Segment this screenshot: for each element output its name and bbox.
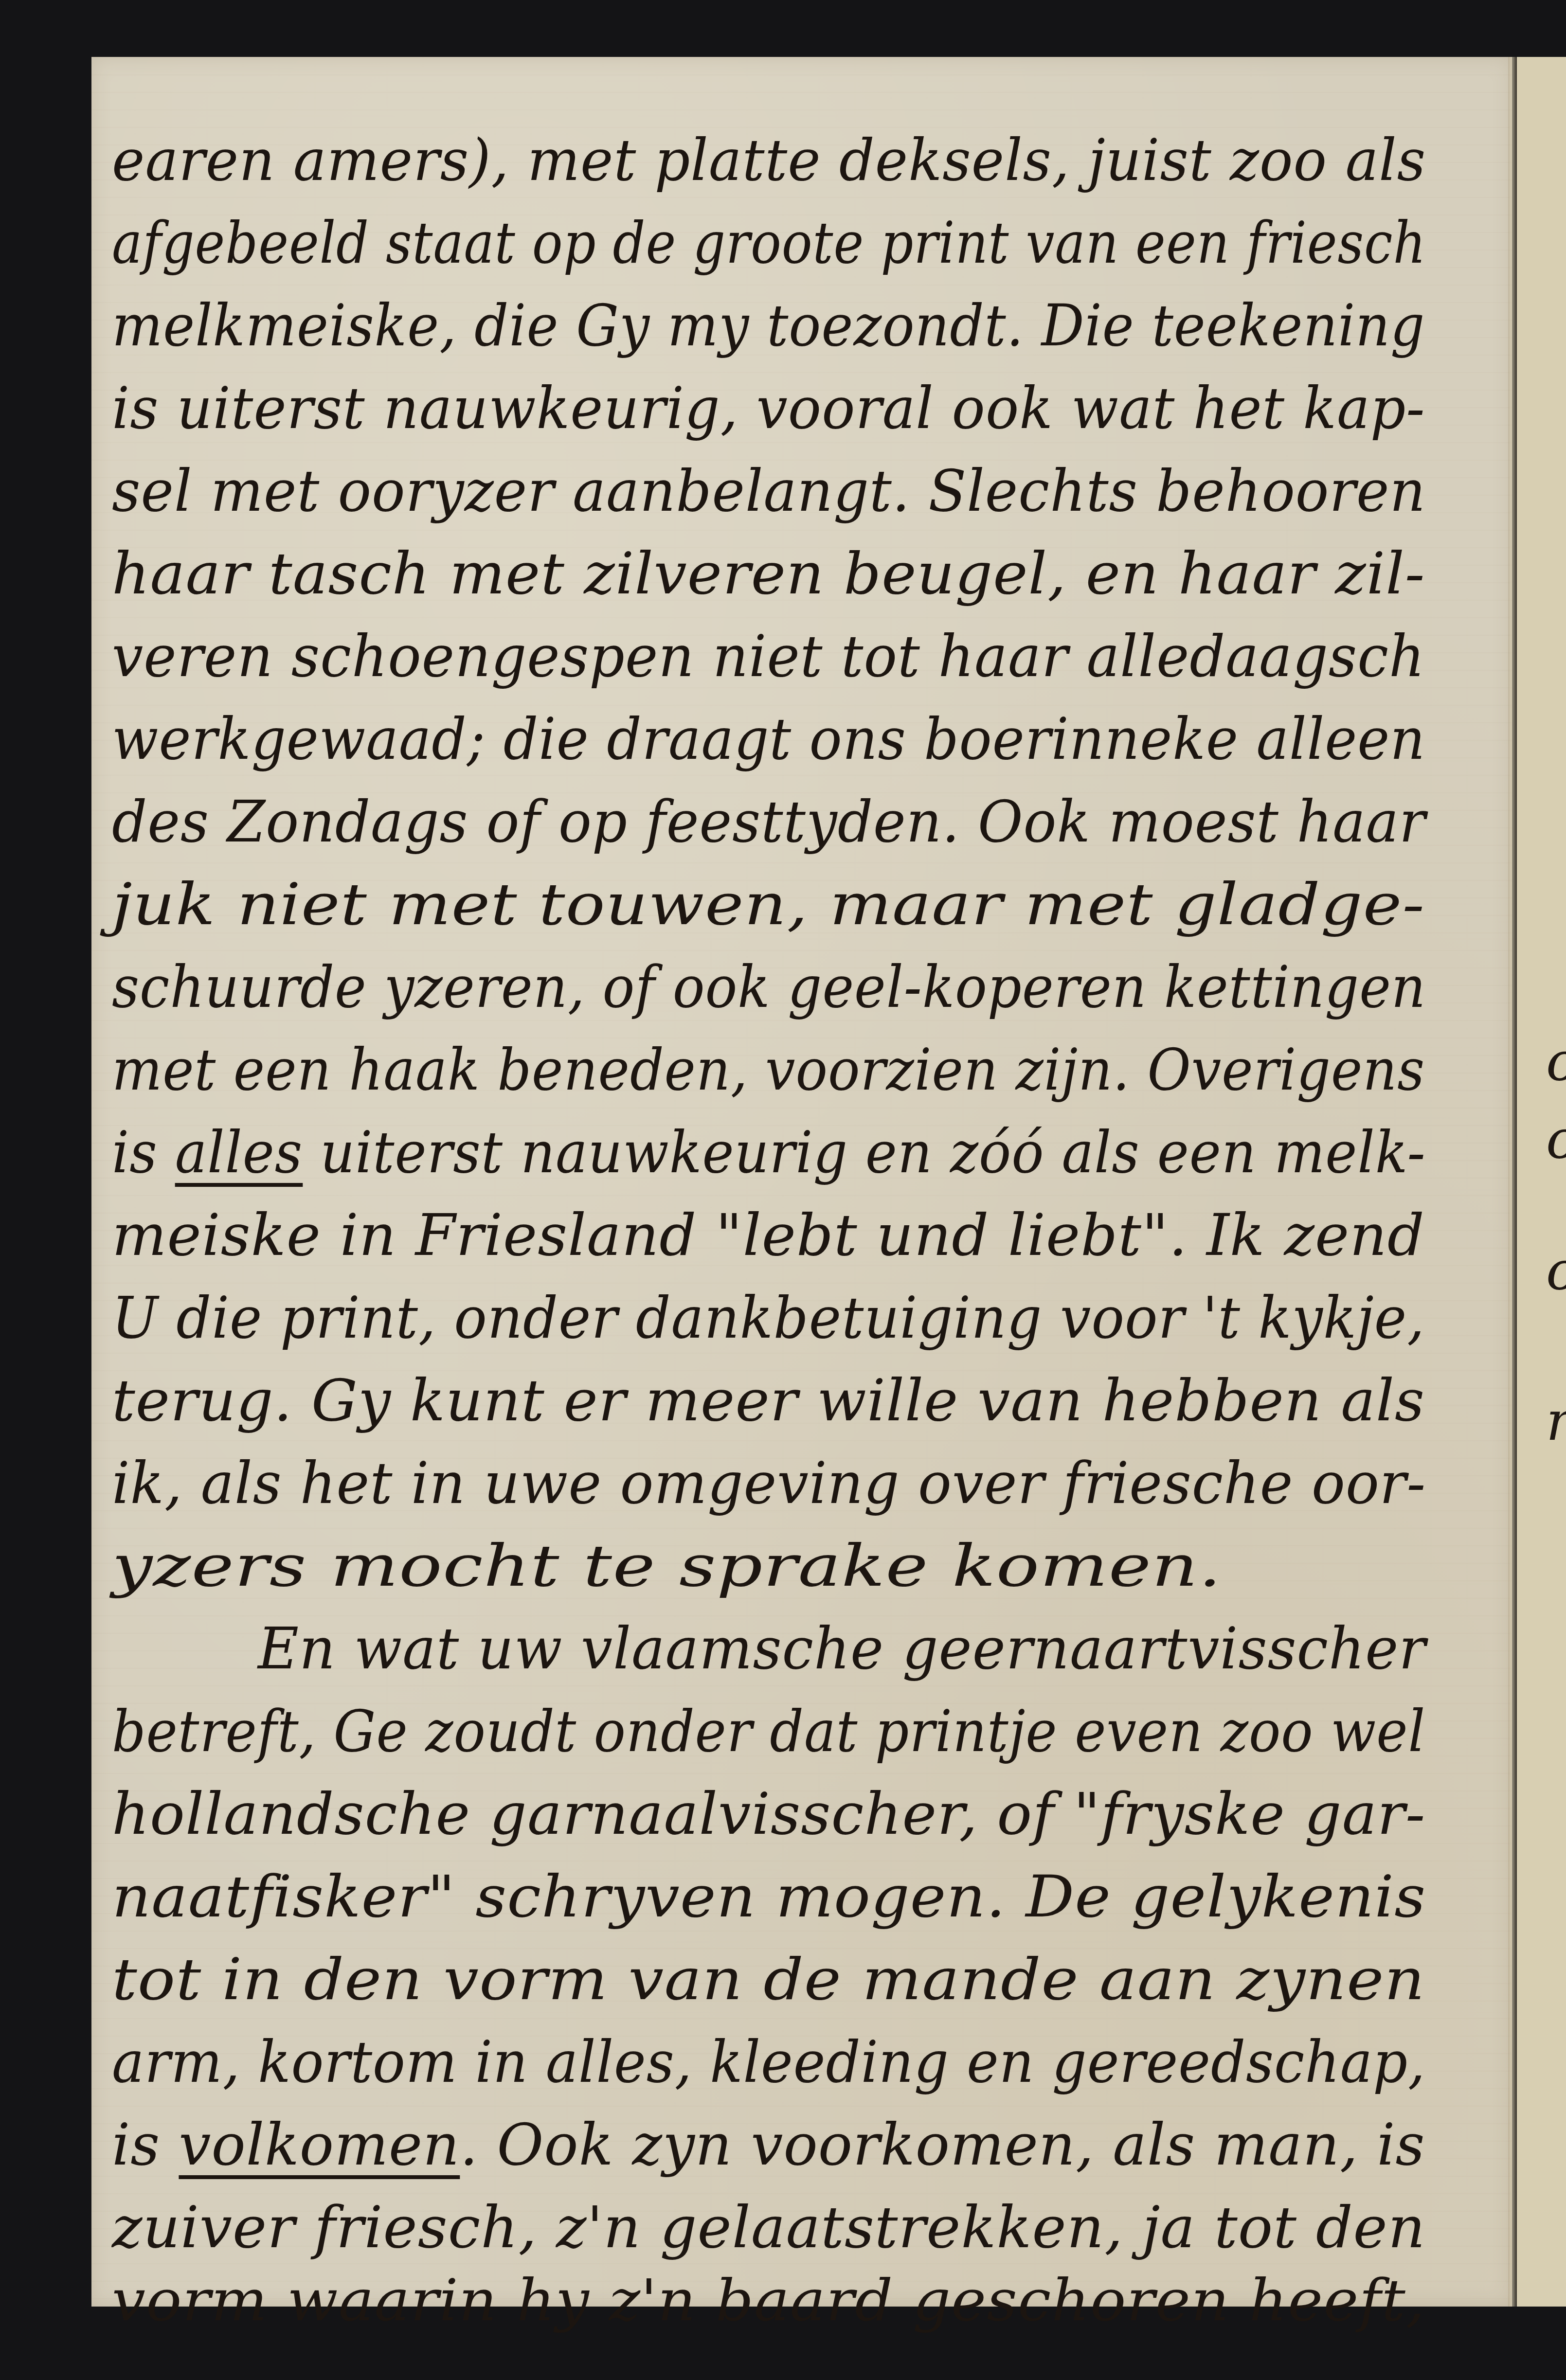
letter-line: is uiterst nauwkeurig, vooral ook wat he… (112, 379, 1425, 437)
letter-line: earen amers), met platte deksels, juist … (112, 131, 1426, 189)
adjacent-page-fragment: o (1546, 1244, 1566, 1297)
adjacent-page-edge: o o o n (1517, 57, 1566, 2307)
letter-line: naatfisker" schryven mogen. De gelykenis (112, 1868, 1426, 1925)
letter-line: vorm waarin hy z'n baard geschoren heeft… (112, 2272, 1425, 2329)
letter-line: is volkomen. Ook zyn voorkomen, als man,… (112, 2116, 1425, 2173)
letter-line: juk niet met touwen, maar met gladge- (112, 876, 1425, 933)
letter-line: met een haak beneden, voorzien zijn. Ove… (112, 1041, 1425, 1098)
letter-line: betreft, Ge zoudt onder dat printje even… (112, 1702, 1425, 1760)
letter-line: veren schoengespen niet tot haar alledaa… (112, 627, 1425, 685)
letter-line: werkgewaad; die draagt ons boerinneke al… (112, 710, 1425, 768)
letter-line: arm, kortom in alles, kleeding en gereed… (112, 2033, 1425, 2091)
letter-line: U die print, onder dankbetuiging voor 't… (112, 1289, 1425, 1346)
letter-line: des Zondags of op feesttyden. Ook moest … (112, 793, 1426, 850)
letter-line: schuurde yzeren, of ook geel-koperen ket… (112, 958, 1426, 1016)
page-fold (1508, 57, 1517, 2307)
paragraph-start-line: En wat uw vlaamsche geernaartvisscher (258, 1620, 1426, 1677)
letter-line: sel met ooryzer aanbelangt. Slechts beho… (112, 462, 1426, 519)
adjacent-page-fragment: n (1546, 1395, 1566, 1448)
adjacent-page-fragment: o (1546, 1035, 1566, 1088)
letter-line: zuiver friesch, z'n gelaatstrekken, ja t… (112, 2199, 1425, 2256)
letter-line: meiske in Friesland "lebt und liebt". Ik… (112, 1206, 1425, 1264)
underlined-word: volkomen (179, 2111, 460, 2178)
letter-line: afgebeeld staat op de groote print van e… (112, 214, 1426, 271)
letter-line: ik, als het in uwe omgeving over friesch… (112, 1454, 1426, 1512)
underlined-word: alles (175, 1119, 303, 1186)
letter-line: haar tasch met zilveren beugel, en haar … (112, 545, 1425, 602)
letter-line: is alles uiterst nauwkeurig en zóó als e… (112, 1124, 1426, 1181)
letter-line: terug. Gy kunt er meer wille van hebben … (112, 1372, 1425, 1429)
letter-line: hollandsche garnaalvisscher, of "fryske … (112, 1785, 1425, 1843)
letter-line: melkmeiske, die Gy my toezondt. Die teek… (112, 297, 1425, 354)
letter-line: yzers mocht te sprake komen. (112, 1537, 1222, 1594)
adjacent-page-fragment: o (1546, 1112, 1566, 1166)
letter-line: tot in den vorm van de mande aan zynen (112, 1951, 1425, 2008)
